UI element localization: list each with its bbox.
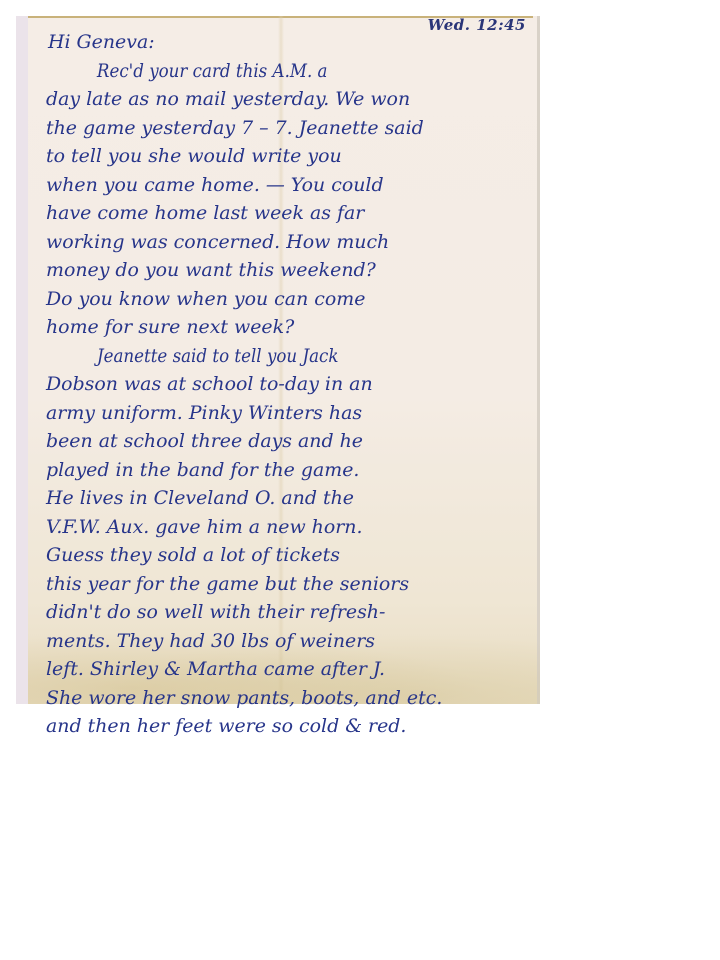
letter-line: left. Shirley & Martha came after J. — [46, 655, 534, 684]
letter-line: working was concerned. How much — [46, 228, 534, 257]
letter-line: Rec'd your card this A.M. a — [46, 57, 476, 86]
letter-line: money do you want this weekend? — [46, 256, 534, 285]
letter-line: She wore her snow pants, boots, and etc. — [46, 684, 534, 713]
letter-line: Do you know when you can come — [46, 285, 534, 314]
letter-line: been at school three days and he — [46, 427, 534, 456]
letter-body: Hi Geneva: Rec'd your card this A.M. a d… — [46, 28, 536, 741]
letter-line: Guess they sold a lot of tickets — [46, 541, 534, 570]
letter-line: Dobson was at school to-day in an — [46, 370, 534, 399]
letter-line: day late as no mail yesterday. We won — [46, 85, 534, 114]
letter-line: home for sure next week? — [46, 313, 534, 342]
letter-line: to tell you she would write you — [46, 142, 534, 171]
letter-line: have come home last week as far — [46, 199, 534, 228]
letter-line: V.F.W. Aux. gave him a new horn. — [46, 513, 534, 542]
letter-line: this year for the game but the seniors — [46, 570, 534, 599]
letter-line: the game yesterday 7 – 7. Jeanette said — [46, 114, 534, 143]
letter-line: Jeanette said to tell you Jack — [46, 342, 476, 371]
letter-line: army uniform. Pinky Winters has — [46, 399, 534, 428]
letter-line: He lives in Cleveland O. and the — [46, 484, 534, 513]
letter-line: when you came home. — You could — [46, 171, 534, 200]
letter-line: played in the band for the game. — [46, 456, 534, 485]
letter-line: ments. They had 30 lbs of weiners — [46, 627, 534, 656]
letter-greeting: Hi Geneva: — [46, 28, 534, 57]
letter-line: and then her feet were so cold & red. — [46, 712, 534, 741]
letter-scan: Wed. 12:45 Hi Geneva: Rec'd your card th… — [16, 16, 540, 704]
letter-line: didn't do so well with their refresh- — [46, 598, 534, 627]
